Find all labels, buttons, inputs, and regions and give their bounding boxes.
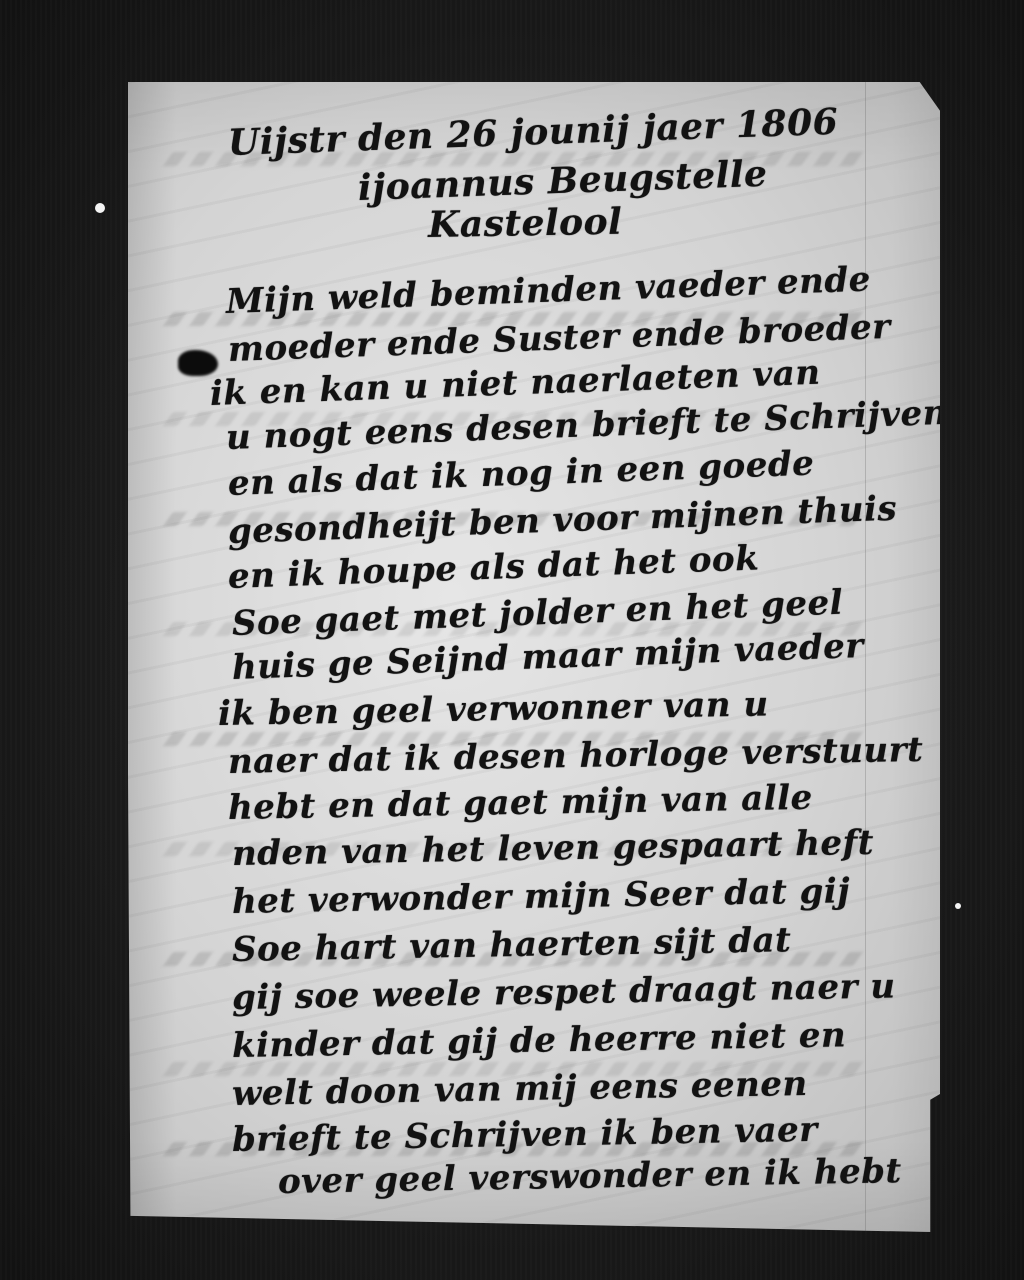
body-line: over geel verswonder en ik hebt (278, 1151, 902, 1202)
body-line: gij soe weele respet draagt naer u (232, 966, 896, 1018)
letter-page: Uijstr den 26 jounij jaer 1806 ijoannus … (128, 82, 940, 1232)
body-line: het verwonder mijn Seer dat gij (232, 871, 851, 922)
body-line: hebt en dat gaet mijn van alle (228, 778, 813, 828)
dust-speck (955, 903, 961, 909)
place-line: Kastelool (428, 201, 623, 246)
paper-fold-line (865, 82, 866, 1232)
body-line: kinder dat gij de heerre niet en (232, 1015, 847, 1066)
ink-blot (178, 350, 218, 376)
body-line: nden van het leven gespaart heft (232, 823, 875, 874)
body-line: ik ben geel verwonner van u (218, 684, 769, 734)
dust-speck (95, 203, 105, 213)
